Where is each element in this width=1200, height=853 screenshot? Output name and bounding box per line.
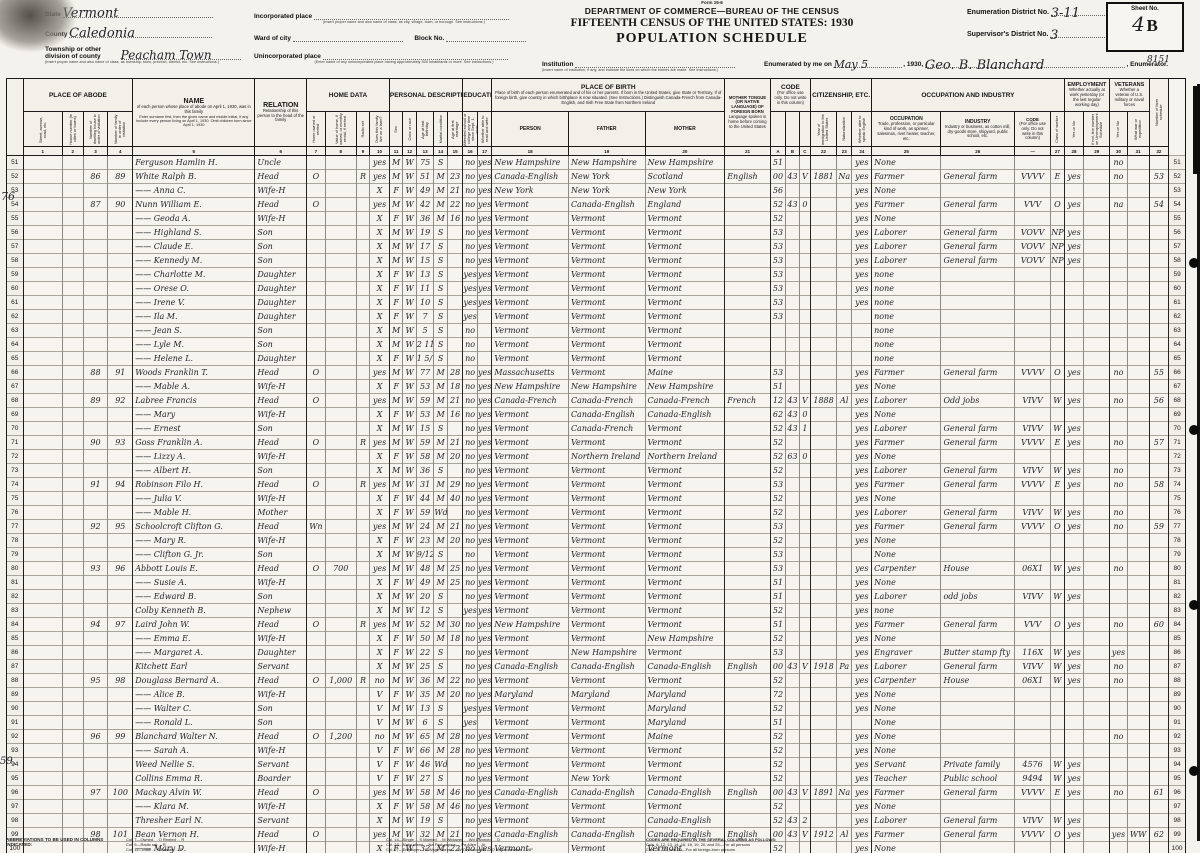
age-married: 20 (447, 450, 463, 464)
birthplace: Vermont (492, 702, 569, 716)
worker-class (1051, 632, 1065, 646)
home-value (325, 646, 356, 660)
speaks-english: yes (852, 534, 872, 548)
war (1127, 576, 1149, 590)
speaks-english: yes (852, 478, 872, 492)
col-group-occupation-industry: OCCUPATION AND INDUSTRY (872, 79, 1065, 112)
sex: M (389, 562, 402, 576)
immigration-year (811, 310, 837, 324)
age: 66 (416, 744, 434, 758)
race: W (403, 646, 416, 660)
relation: Son (255, 240, 307, 254)
census-row: 688992Labree FrancisHeadOyesMW59M21noyes… (7, 394, 1186, 408)
immigration-year (811, 464, 837, 478)
birthplace: Vermont (492, 212, 569, 226)
code-c (799, 296, 810, 310)
veteran (1110, 184, 1128, 198)
name: White Ralph B. (133, 170, 255, 184)
code-b (786, 716, 799, 730)
speaks-english: yes (852, 576, 872, 590)
street (23, 674, 62, 688)
farm: X (370, 282, 390, 296)
code-b (786, 632, 799, 646)
father-birthplace: Vermont (568, 758, 645, 772)
radio (356, 450, 369, 464)
mother-birthplace: Canada-English (645, 786, 725, 800)
code-a: 53 (770, 646, 786, 660)
code-b (786, 506, 799, 520)
family-number (108, 534, 133, 548)
unemployment-line (1084, 254, 1110, 268)
line-number: 66 (1169, 366, 1186, 380)
code-c (799, 226, 810, 240)
name: —— Ernest (133, 422, 255, 436)
industry: General farm (941, 478, 1014, 492)
naturalization (836, 478, 852, 492)
occupation-code (1014, 576, 1050, 590)
occupation-code (1014, 492, 1050, 506)
father-birthplace: Vermont (568, 478, 645, 492)
age-married: 28 (447, 366, 463, 380)
marital: M (434, 170, 447, 184)
occupation: Laborer (872, 254, 941, 268)
worker-class (1051, 296, 1065, 310)
line-number: 68 (7, 394, 24, 408)
census-row: 79—— Clifton G. Jr.SonXMW9/12SnoVermontV… (7, 548, 1186, 562)
column-number: 6 (255, 147, 307, 156)
family-number (108, 590, 133, 604)
school: no (463, 324, 477, 338)
code-a: 51 (770, 716, 786, 730)
marital: S (434, 310, 447, 324)
occupation-code (1014, 282, 1050, 296)
family-number: 90 (108, 198, 133, 212)
war (1127, 198, 1149, 212)
house-number (62, 786, 83, 800)
read-write: yes (477, 702, 491, 716)
home-owned (307, 744, 326, 758)
naturalization (836, 338, 852, 352)
column-number: 26 (941, 147, 1014, 156)
war (1127, 380, 1149, 394)
naturalization (836, 296, 852, 310)
home-value (325, 744, 356, 758)
sex: M (389, 240, 402, 254)
occupation: None (872, 184, 941, 198)
code-c (799, 310, 810, 324)
birthplace: Vermont (492, 436, 569, 450)
farm-schedule (1149, 212, 1169, 226)
occupation-code (1014, 716, 1050, 730)
farm-schedule (1149, 324, 1169, 338)
occupation: None (872, 380, 941, 394)
name: Mackay Alvin W. (133, 786, 255, 800)
marital: M (434, 618, 447, 632)
home-owned (307, 800, 326, 814)
father-birthplace: Vermont (568, 436, 645, 450)
naturalization (836, 548, 852, 562)
col-group-employment: EMPLOYMENT Whether actually at work yest… (1064, 79, 1110, 112)
birthplace: Canada-English (492, 170, 569, 184)
home-owned (307, 296, 326, 310)
mother-birthplace: Vermont (645, 324, 725, 338)
worker-class (1051, 324, 1065, 338)
home-owned (307, 464, 326, 478)
naturalization (836, 758, 852, 772)
dwelling-number: 88 (83, 366, 108, 380)
birthplace: New York (492, 184, 569, 198)
col-war: What war or expedition (1127, 112, 1149, 147)
immigration-year (811, 296, 837, 310)
street (23, 814, 62, 828)
line-number: 63 (1169, 324, 1186, 338)
code-b: 43 (786, 422, 799, 436)
at-work: yes (1064, 814, 1084, 828)
age: 46 (416, 758, 434, 772)
immigration-year (811, 632, 837, 646)
family-number (108, 338, 133, 352)
home-owned: O (307, 562, 326, 576)
mother-tongue (725, 310, 771, 324)
relation: Wife-H (255, 576, 307, 590)
line-number: 81 (1169, 576, 1186, 590)
street (23, 772, 62, 786)
race: W (403, 562, 416, 576)
house-number (62, 156, 83, 170)
radio (356, 506, 369, 520)
family-number (108, 800, 133, 814)
age-married: 23 (447, 170, 463, 184)
column-number: A (770, 147, 786, 156)
father-birthplace: Vermont (568, 240, 645, 254)
worker-class: E (1051, 436, 1065, 450)
occupation-code (1014, 212, 1050, 226)
street (23, 702, 62, 716)
radio: R (356, 478, 369, 492)
line-number: 73 (7, 464, 24, 478)
street (23, 660, 62, 674)
naturalization (836, 366, 852, 380)
radio (356, 758, 369, 772)
dwelling-number: 93 (83, 562, 108, 576)
age-married (447, 422, 463, 436)
house-number (62, 604, 83, 618)
code-c (799, 366, 810, 380)
immigration-year (811, 324, 837, 338)
speaks-english (852, 352, 872, 366)
worker-class: O (1051, 618, 1065, 632)
column-number: 8 (325, 147, 356, 156)
enumerated-field: Enumerated by me on May 5 , 1930, Geo. B… (764, 58, 1168, 68)
relation: Son (255, 548, 307, 562)
census-row: 55—— Geoda A.Wife-HXFW36M16noyesVermontV… (7, 212, 1186, 226)
birthplace: Massachusetts (492, 366, 569, 380)
dwelling-number (83, 506, 108, 520)
sex: F (389, 646, 402, 660)
line-col-head (7, 79, 24, 156)
dwelling-number: 92 (83, 520, 108, 534)
age-married (447, 226, 463, 240)
age-married (447, 660, 463, 674)
farm-schedule (1149, 450, 1169, 464)
race: W (403, 436, 416, 450)
code-a: 53 (770, 520, 786, 534)
census-row: 61—— Irene V.DaughterXFW10SyesyesVermont… (7, 296, 1186, 310)
census-row: 53—— Anna C.Wife-HXFW49M21noyesNew YorkN… (7, 184, 1186, 198)
war (1127, 366, 1149, 380)
line-number: 74 (1169, 478, 1186, 492)
line-number: 86 (1169, 646, 1186, 660)
line-number: 75 (1169, 492, 1186, 506)
sex: M (389, 464, 402, 478)
birthplace: Vermont (492, 338, 569, 352)
line-number: 62 (7, 310, 24, 324)
veteran (1110, 492, 1128, 506)
occupation-code (1014, 352, 1050, 366)
read-write: yes (477, 604, 491, 618)
code-c (799, 268, 810, 282)
code-a: 00 (770, 170, 786, 184)
at-work: yes (1064, 254, 1084, 268)
family-number (108, 184, 133, 198)
speaks-english: yes (852, 590, 872, 604)
street (23, 212, 62, 226)
worker-class: W (1051, 674, 1065, 688)
immigration-year (811, 492, 837, 506)
school: no (463, 366, 477, 380)
code-c (799, 772, 810, 786)
age-married (447, 282, 463, 296)
line-number: 72 (7, 450, 24, 464)
immigration-year (811, 772, 837, 786)
birthplace: Vermont (492, 758, 569, 772)
relation: Head (255, 394, 307, 408)
family-number: 94 (108, 478, 133, 492)
occupation: none (872, 310, 941, 324)
race: W (403, 156, 416, 170)
occupation-code (1014, 338, 1050, 352)
sex: M (389, 786, 402, 800)
mother-birthplace: Vermont (645, 604, 725, 618)
birthplace: Vermont (492, 492, 569, 506)
speaks-english: yes (852, 156, 872, 170)
age: 23 (416, 534, 434, 548)
occupation-code: VIVV (1014, 660, 1050, 674)
name: —— Claude E. (133, 240, 255, 254)
census-row: 60—— Orese O.DaughterXFW11SyesyesVermont… (7, 282, 1186, 296)
code-a: 52 (770, 674, 786, 688)
census-row: 83Colby Kenneth B.NephewXMW12SyesyesVerm… (7, 604, 1186, 618)
occupation: None (872, 800, 941, 814)
margin-note-left-2: 59. (0, 756, 16, 767)
speaks-english: yes (852, 744, 872, 758)
punch-hole (1189, 425, 1199, 435)
age-married: 21 (447, 436, 463, 450)
unemployment-line (1084, 814, 1110, 828)
veteran: no (1110, 478, 1128, 492)
read-write: yes (477, 618, 491, 632)
line-number: 51 (7, 156, 24, 170)
war (1127, 702, 1149, 716)
family-number: 100 (108, 786, 133, 800)
school: no (463, 660, 477, 674)
farm-schedule: 56 (1149, 394, 1169, 408)
line-number: 81 (7, 576, 24, 590)
father-birthplace: Canada-English (568, 408, 645, 422)
home-owned (307, 352, 326, 366)
veteran: yes (1110, 646, 1128, 660)
name: Laird John W. (133, 618, 255, 632)
at-work (1064, 730, 1084, 744)
school: no (463, 618, 477, 632)
worker-class: O (1051, 198, 1065, 212)
war (1127, 534, 1149, 548)
mother-birthplace: Vermont (645, 646, 725, 660)
speaks-english: yes (852, 436, 872, 450)
family-number: 97 (108, 618, 133, 632)
veteran (1110, 240, 1128, 254)
farm: X (370, 422, 390, 436)
dwelling-number (83, 590, 108, 604)
race: W (403, 786, 416, 800)
mother-birthplace: Vermont (645, 800, 725, 814)
speaks-english: yes (852, 688, 872, 702)
home-owned (307, 646, 326, 660)
relation: Head (255, 366, 307, 380)
enumerated-date: May 5 (834, 58, 869, 71)
census-row: 59—— Charlotte M.DaughterXFW13SyesyesVer… (7, 268, 1186, 282)
radio (356, 198, 369, 212)
sex: F (389, 772, 402, 786)
speaks-english (852, 324, 872, 338)
mother-birthplace: Canada-English (645, 408, 725, 422)
house-number (62, 576, 83, 590)
census-row: 69—— MaryWife-HXFW53M16noyesVermontCanad… (7, 408, 1186, 422)
at-work: yes (1064, 226, 1084, 240)
birthplace: Vermont (492, 254, 569, 268)
age-married: 30 (447, 618, 463, 632)
mother-birthplace: Vermont (645, 590, 725, 604)
race: W (403, 534, 416, 548)
read-write: yes (477, 268, 491, 282)
sex: F (389, 576, 402, 590)
occupation: None (872, 492, 941, 506)
worker-class (1051, 604, 1065, 618)
immigration-year (811, 674, 837, 688)
mother-tongue (725, 800, 771, 814)
naturalization (836, 380, 852, 394)
birthplace: Canada-English (492, 660, 569, 674)
occupation-code: VVVV (1014, 170, 1050, 184)
at-work: yes (1064, 646, 1084, 660)
occupation-code (1014, 310, 1050, 324)
dwelling-number (83, 688, 108, 702)
code-c (799, 730, 810, 744)
veteran (1110, 254, 1128, 268)
census-row: 87Kitchett EarlServantXMW25SnoyesCanada-… (7, 660, 1186, 674)
race: W (403, 366, 416, 380)
at-work: yes (1064, 562, 1084, 576)
unemployment-line (1084, 688, 1110, 702)
house-number (62, 618, 83, 632)
naturalization (836, 562, 852, 576)
line-number: 90 (1169, 702, 1186, 716)
war (1127, 660, 1149, 674)
age: 22 (416, 646, 434, 660)
speaks-english: yes (852, 198, 872, 212)
age-married: 16 (447, 408, 463, 422)
read-write: yes (477, 534, 491, 548)
industry (941, 548, 1014, 562)
marital: M (434, 562, 447, 576)
farm: X (370, 576, 390, 590)
code-b (786, 800, 799, 814)
marital: M (434, 674, 447, 688)
race: W (403, 716, 416, 730)
family-number (108, 548, 133, 562)
line-number: 67 (1169, 380, 1186, 394)
name: Collins Emma R. (133, 772, 255, 786)
marital: M (434, 744, 447, 758)
code-b (786, 240, 799, 254)
dwelling-number (83, 716, 108, 730)
mother-tongue (725, 492, 771, 506)
veteran: no (1110, 394, 1128, 408)
mother-tongue: English (725, 786, 771, 800)
column-number: 28 (1064, 147, 1084, 156)
dwelling-number (83, 464, 108, 478)
family-number (108, 156, 133, 170)
code-a: 62 (770, 408, 786, 422)
occupation-code: 4576 (1014, 758, 1050, 772)
occupation-code: VVVV (1014, 436, 1050, 450)
farm-schedule (1149, 646, 1169, 660)
mother-birthplace: Vermont (645, 534, 725, 548)
home-value (325, 324, 356, 338)
naturalization (836, 520, 852, 534)
street (23, 394, 62, 408)
mother-birthplace: Vermont (645, 618, 725, 632)
father-birthplace: New Hampshire (568, 646, 645, 660)
at-work (1064, 282, 1084, 296)
incorporated-caption: (Insert proper name and also name of cla… (254, 20, 554, 24)
speaks-english: yes (852, 702, 872, 716)
occupation-code: VIVV (1014, 464, 1050, 478)
radio (356, 814, 369, 828)
marital: M (434, 436, 447, 450)
radio (356, 212, 369, 226)
age: 9/12 (416, 548, 434, 562)
father-birthplace: New Hampshire (568, 156, 645, 170)
census-row: 82—— Edward B.SonXMW20SnoyesVermontVermo… (7, 590, 1186, 604)
mother-birthplace: Maine (645, 366, 725, 380)
industry: General farm (941, 240, 1014, 254)
unemployment-line (1084, 296, 1110, 310)
marital: M (434, 492, 447, 506)
farm-schedule (1149, 632, 1169, 646)
sex: F (389, 688, 402, 702)
house-number (62, 492, 83, 506)
census-row: 64—— Lyle M.SonXMW2 11/12SnoVermontVermo… (7, 338, 1186, 352)
name: —— Highland S. (133, 226, 255, 240)
occupation-code: 116X (1014, 646, 1050, 660)
at-work (1064, 310, 1084, 324)
ward-field: Ward of city Block No. (254, 32, 526, 42)
unemployment-line (1084, 506, 1110, 520)
age: 36 (416, 674, 434, 688)
dwelling-number (83, 576, 108, 590)
column-number: 12 (403, 147, 416, 156)
